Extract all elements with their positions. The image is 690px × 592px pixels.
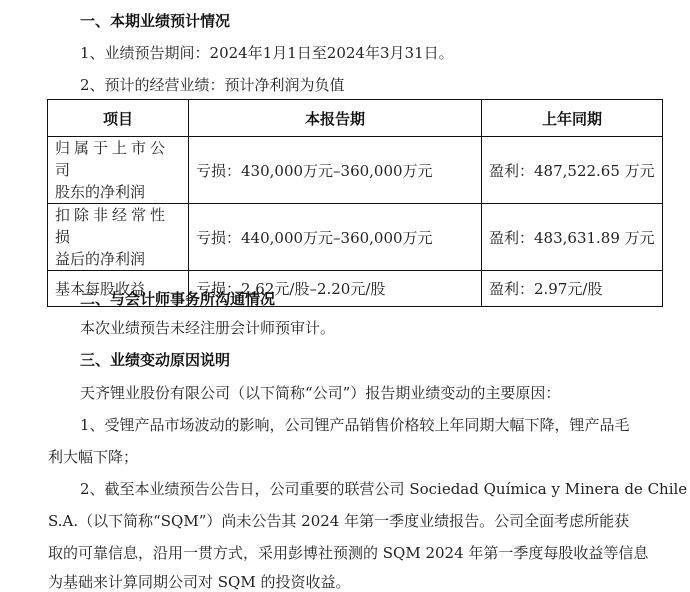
header-prior-period: 上年同期 (482, 100, 663, 137)
row-item-line1: 扣除非经常性损 (55, 204, 181, 248)
performance-table: 项目 本报告期 上年同期 归属于上市公司 股东的净利润 亏损：430,000万元… (47, 99, 663, 307)
header-item: 项目 (48, 100, 189, 137)
table-header-row: 项目 本报告期 上年同期 (48, 100, 663, 137)
row-prior-value: 盈利：2.97元/股 (482, 271, 663, 307)
row-item: 归属于上市公司 股东的净利润 (48, 137, 189, 204)
forecast-period: 1、业绩预告期间：2024年1月1日至2024年3月31日。 (80, 43, 454, 63)
reason-2-line-4: 为基础来计算同期公司对 SQM 的投资收益。 (48, 572, 350, 592)
row-prior-value: 盈利：483,631.89 万元 (482, 204, 663, 271)
header-current-period: 本报告期 (189, 100, 482, 137)
row-item: 扣除非经常性损 益后的净利润 (48, 204, 189, 271)
row-prior-value: 盈利：487,522.65 万元 (482, 137, 663, 204)
forecast-summary: 2、预计的经营业绩：预计净利润为负值 (80, 75, 345, 95)
reason-1-line-1: 1、受锂产品市场波动的影响，公司锂产品销售价格较上年同期大幅下降，锂产品毛 (80, 415, 630, 435)
audit-statement: 本次业绩预告未经注册会计师预审计。 (80, 318, 335, 338)
reason-2-line-1: 2、截至本业绩预告公告日，公司重要的联营公司 Sociedad Química … (80, 479, 687, 499)
reason-2-line-2: S.A.（以下简称“SQM”）尚未公告其 2024 年第一季度业绩报告。公司全面… (48, 511, 629, 531)
section-3-heading: 三、业绩变动原因说明 (80, 350, 230, 370)
reason-1-line-2: 利大幅下降； (48, 447, 138, 467)
reasons-intro: 天齐锂业股份有限公司（以下简称“公司”）报告期业绩变动的主要原因： (80, 383, 560, 403)
section-1-heading: 一、本期业绩预计情况 (80, 11, 230, 31)
row-item-line2: 股东的净利润 (55, 181, 181, 203)
table-row: 归属于上市公司 股东的净利润 亏损：430,000万元–360,000万元 盈利… (48, 137, 663, 204)
row-current-value: 亏损：440,000万元–360,000万元 (189, 204, 482, 271)
row-item-line1: 归属于上市公司 (55, 137, 181, 181)
reason-2-line-3: 取的可靠信息，沿用一贯方式，采用彭博社预测的 SQM 2024 年第一季度每股收… (48, 543, 648, 563)
table-row: 扣除非经常性损 益后的净利润 亏损：440,000万元–360,000万元 盈利… (48, 204, 663, 271)
section-2-heading: 二、与会计师事务所沟通情况 (80, 289, 275, 309)
row-current-value: 亏损：430,000万元–360,000万元 (189, 137, 482, 204)
row-item-line2: 益后的净利润 (55, 248, 181, 270)
